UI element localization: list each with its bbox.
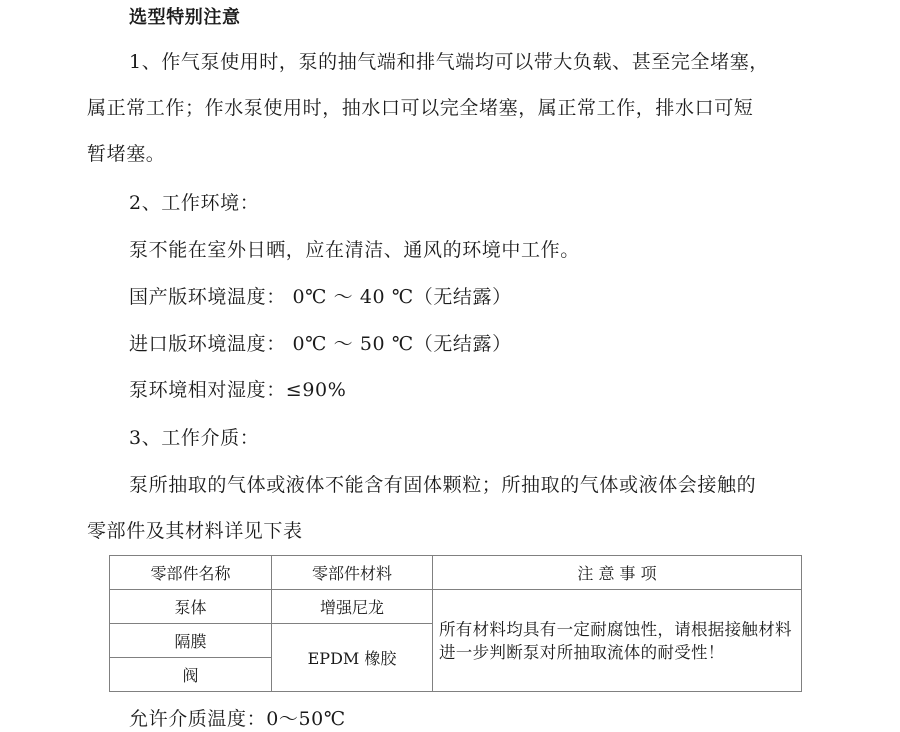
header-notes: 注 意 事 项: [433, 556, 802, 590]
medium-temperature: 允许介质温度：0～50℃: [129, 707, 346, 731]
section1-line1: 1、作气泵使用时，泵的抽气端和排气端均可以带大负载、甚至完全堵塞，: [129, 50, 769, 74]
part-name-cell: 泵体: [110, 590, 272, 624]
part-name-cell: 隔膜: [110, 624, 272, 658]
section3-title: 3、工作介质：: [129, 426, 259, 450]
section2-title: 2、工作环境：: [129, 191, 259, 215]
table-header-row: 零部件名称 零部件材料 注 意 事 项: [110, 556, 802, 590]
table-row: 泵体 增强尼龙 所有材料均具有一定耐腐蚀性，请根据接触材料进一步判断泵对所抽取流…: [110, 590, 802, 624]
parts-materials-table: 零部件名称 零部件材料 注 意 事 项 泵体 增强尼龙 所有材料均具有一定耐腐蚀…: [109, 555, 802, 692]
imported-temperature: 进口版环境温度： 0℃ ～ 50 ℃（无结露）: [129, 332, 512, 356]
section3-line2: 零部件及其材料详见下表: [87, 519, 303, 543]
humidity: 泵环境相对湿度：≤90%: [129, 378, 346, 402]
part-material-cell: EPDM 橡胶: [272, 624, 433, 692]
header-part-material: 零部件材料: [272, 556, 433, 590]
header-part-name: 零部件名称: [110, 556, 272, 590]
part-material-cell: 增强尼龙: [272, 590, 433, 624]
page-title: 选型特别注意: [129, 6, 241, 30]
domestic-temperature: 国产版环境温度： 0℃ ～ 40 ℃（无结露）: [129, 285, 512, 309]
part-name-cell: 阀: [110, 658, 272, 692]
notes-cell: 所有材料均具有一定耐腐蚀性，请根据接触材料进一步判断泵对所抽取流体的耐受性！: [433, 590, 802, 692]
section2-line1: 泵不能在室外日晒，应在清洁、通风的环境中工作。: [129, 238, 580, 262]
section1-line3: 暂堵塞。: [87, 142, 165, 166]
section1-line2: 属正常工作；作水泵使用时，抽水口可以完全堵塞，属正常工作，排水口可短: [87, 96, 753, 120]
section3-line1: 泵所抽取的气体或液体不能含有固体颗粒；所抽取的气体或液体会接触的: [129, 473, 756, 497]
